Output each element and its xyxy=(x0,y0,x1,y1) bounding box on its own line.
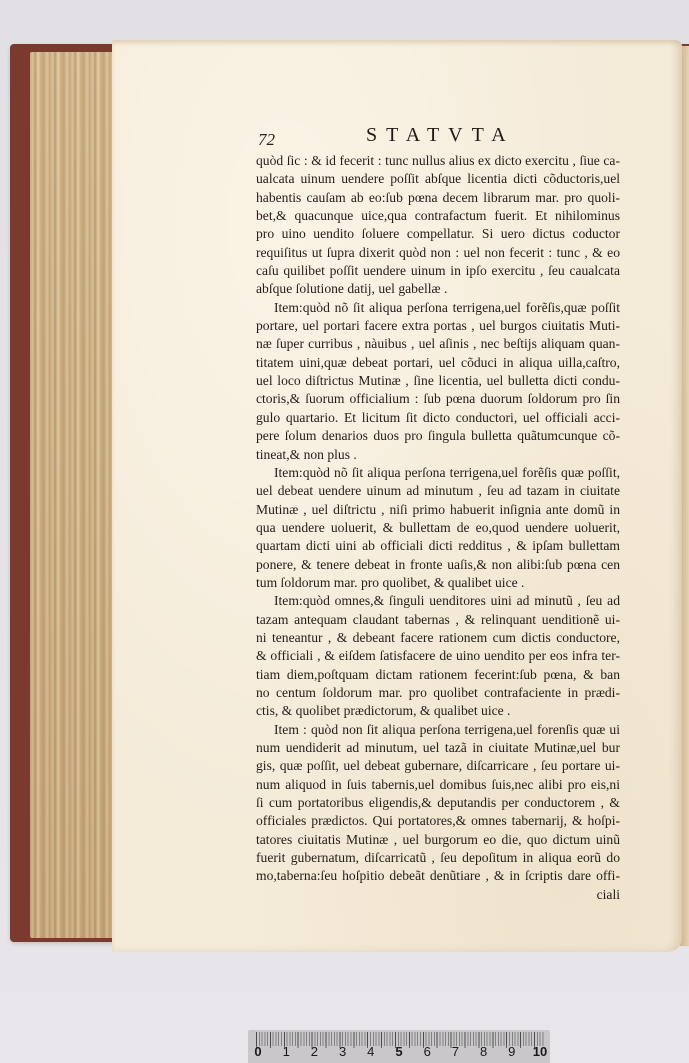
text-line: ſi cum portatoribus eligendis,& deputand… xyxy=(256,794,620,812)
text-line: gis, quæ poſſit, uel debeat gubernare, d… xyxy=(256,757,620,775)
body-text: quòd ſic : & id fecerit : tunc nullus al… xyxy=(256,152,620,904)
ruler-label: 9 xyxy=(508,1044,515,1059)
ruler-label: 1 xyxy=(283,1044,290,1059)
text-line: Item:quòd nõ ſit aliqua perſona terrigen… xyxy=(256,464,620,482)
text-line: tineat,& non plus . xyxy=(256,446,620,464)
text-line: bet,& quacunque uice,qua contrafactum fu… xyxy=(256,207,620,225)
text-line: num uendiderit ad minutum, uel tazã in c… xyxy=(256,739,620,757)
text-line: num aliquod in ſuis tabernis,uel domibus… xyxy=(256,776,620,794)
text-line: titatem uini,quæ debeat portari, uel cõd… xyxy=(256,354,620,372)
text-line: habentis cauſam ab eo:ſub pœna decem lib… xyxy=(256,189,620,207)
text-line: tazam antequam claudant tabernas , & rel… xyxy=(256,611,620,629)
text-line: no centum ſoldorum mar. pro quolibet con… xyxy=(256,684,620,702)
text-line: officiales prædictos. Qui portatores,& o… xyxy=(256,812,620,830)
text-line: abſque ſolutione datij, uel gabellæ . xyxy=(256,280,620,298)
page-number: 72 xyxy=(258,130,275,150)
page-header: 72 STATVTA xyxy=(258,124,618,150)
text-line: gulo quartario. Et licitum ſit dicto con… xyxy=(256,409,620,427)
text-line: ctis, & quolibet prædictorum, & qualibet… xyxy=(256,702,620,720)
text-line: ciali xyxy=(256,886,620,904)
ruler-labels: 012345678910 xyxy=(248,1044,550,1062)
running-title: STATVTA xyxy=(366,124,515,147)
text-line: ni teneantur , & debeant facere rationem… xyxy=(256,629,620,647)
text-line: mo,taberna:ſeu hoſpitio debeãt denũtiare… xyxy=(256,867,620,885)
page-stack-edge xyxy=(30,52,116,938)
text-line: quòd ſic : & id fecerit : tunc nullus al… xyxy=(256,152,620,170)
text-line: pere ſolum denarios duos pro ſingula bul… xyxy=(256,427,620,445)
text-line: tum ſoldorum mar. pro quolibet, & qualib… xyxy=(256,574,620,592)
ruler-label: 7 xyxy=(452,1044,459,1059)
text-line: portare, uel portari facere extra portas… xyxy=(256,317,620,335)
ruler-label: 10 xyxy=(533,1044,547,1059)
text-line: quartam dicti uini ab officiali dicti re… xyxy=(256,537,620,555)
text-line: & officiali , & eiſdem ſatisfacere de ui… xyxy=(256,647,620,665)
text-line: ponere, & tenere debeat in fronte uaſis,… xyxy=(256,556,620,574)
text-line: caſu quilibet poſſit uendere uinum in ip… xyxy=(256,262,620,280)
text-line: ualcata uinum uendere poſſit abſque lice… xyxy=(256,170,620,188)
text-line: pro uino uendito ſoluere compellatur. Si… xyxy=(256,225,620,243)
ruler-label: 6 xyxy=(424,1044,431,1059)
text-line: uel loco diſtrictus Mutinæ , ſine licent… xyxy=(256,372,620,390)
ruler-label: 2 xyxy=(311,1044,318,1059)
text-line: Item:quòd nõ ſit aliqua perſona terrigen… xyxy=(256,299,620,317)
ruler-label: 0 xyxy=(254,1044,261,1059)
text-line: fuerit gubernatum, diſcarricatũ , ſeu de… xyxy=(256,849,620,867)
text-line: uel debeat uendere uinum ad minutum , ſe… xyxy=(256,482,620,500)
text-line: tiam diem,poſtquam dictam rationem fecer… xyxy=(256,666,620,684)
text-line: ctoris,& ſuorum officialium : ſub pœna d… xyxy=(256,390,620,408)
ruler-label: 5 xyxy=(395,1044,402,1059)
text-line: Mutinæ , uel diſtrictu , niſi primo habu… xyxy=(256,501,620,519)
ruler-label: 3 xyxy=(339,1044,346,1059)
text-line: næ ſuper curribus , nàuibus , uel aſinis… xyxy=(256,335,620,353)
ruler-label: 8 xyxy=(480,1044,487,1059)
ruler-label: 4 xyxy=(367,1044,374,1059)
text-line: tatores ciuitatis Mutinæ , uel burgorum … xyxy=(256,831,620,849)
text-line: Item : quòd non ſit aliqua perſona terri… xyxy=(256,721,620,739)
text-line: requiſitus ut ſupra dixerit quòd non : u… xyxy=(256,244,620,262)
text-line: Item:quòd omnes,& ſinguli uenditores uin… xyxy=(256,592,620,610)
text-line: qua uendere uoluerit, & bullettam de eo,… xyxy=(256,519,620,537)
scale-ruler: 012345678910 xyxy=(248,1030,550,1063)
